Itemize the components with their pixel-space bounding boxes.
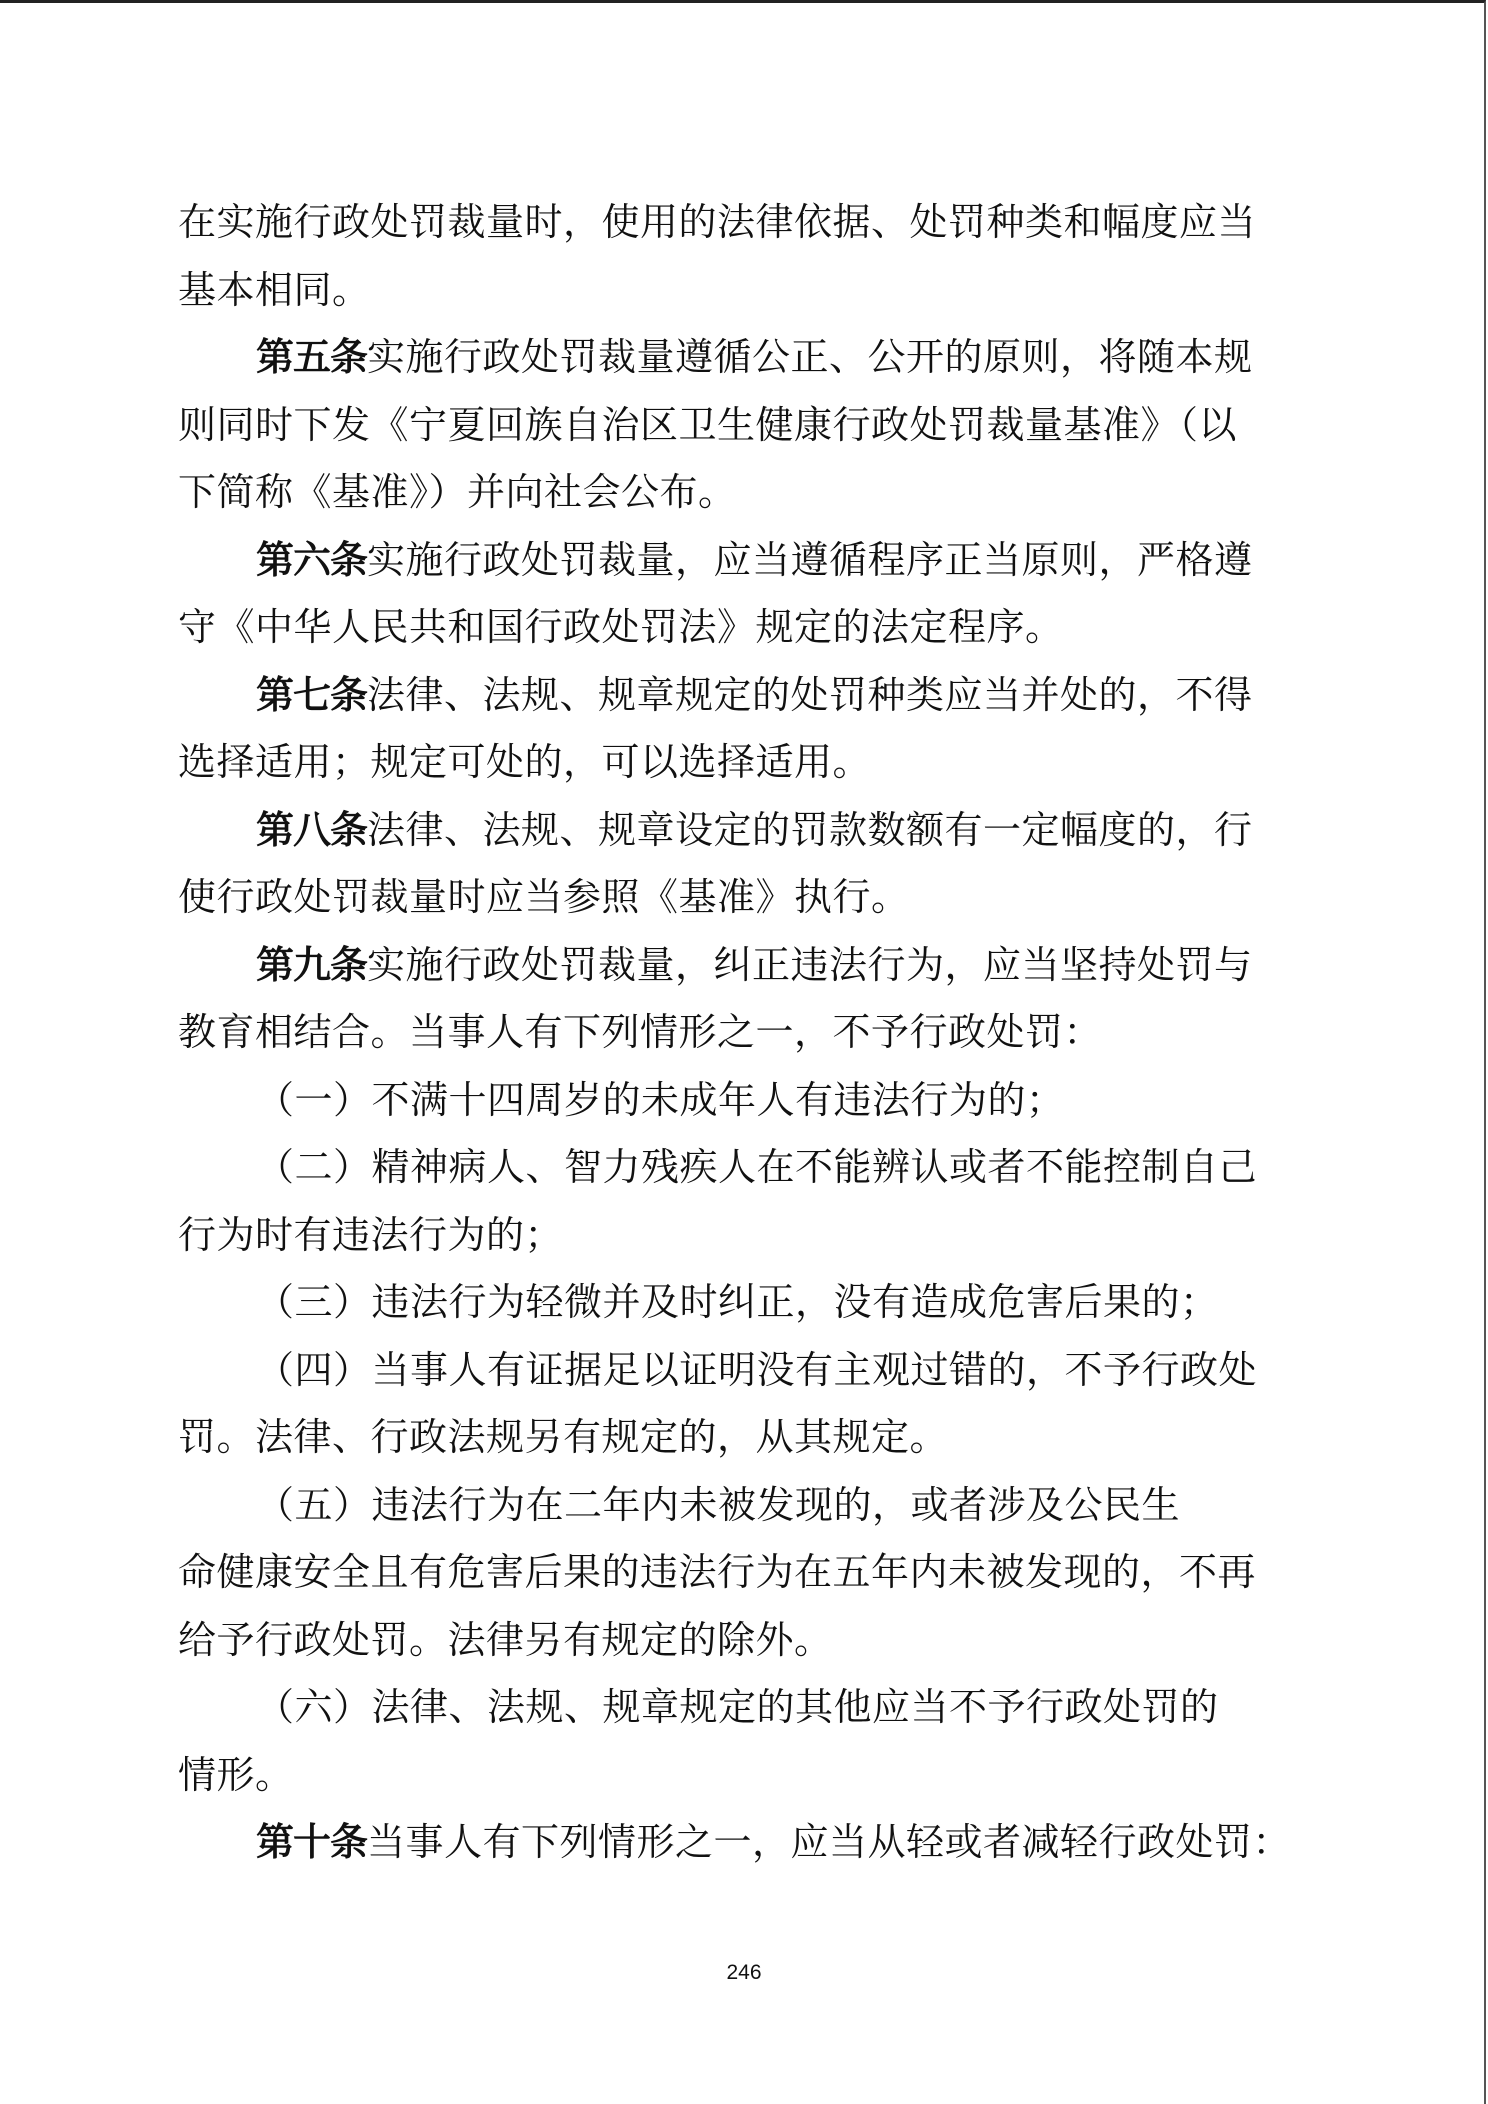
article-number: 第八条 xyxy=(256,808,367,852)
list-item-2: （二）精神病人、智力残疾人在不能辨认或者不能控制自己 xyxy=(178,1134,1298,1202)
text-line: 基本相同。 xyxy=(178,257,1298,325)
article-number: 第七条 xyxy=(256,673,367,717)
list-item-1: （一）不满十四周岁的未成年人有违法行为的； xyxy=(178,1067,1298,1135)
article-7-heading-line: 第七条法律、法规、规章规定的处罚种类应当并处的，不得 xyxy=(178,662,1298,730)
list-item-3: （三）违法行为轻微并及时纠正，没有造成危害后果的； xyxy=(178,1269,1298,1337)
text-line: 命健康安全且有危害后果的违法行为在五年内未被发现的，不再 xyxy=(178,1539,1298,1607)
text-line: 守《中华人民共和国行政处罚法》规定的法定程序。 xyxy=(178,594,1298,662)
article-number: 第五条 xyxy=(256,335,367,379)
article-number: 第六条 xyxy=(256,538,367,582)
text-line: 情形。 xyxy=(178,1742,1298,1810)
article-number: 第十条 xyxy=(256,1820,367,1864)
text-line: 罚。法律、行政法规另有规定的，从其规定。 xyxy=(178,1404,1298,1472)
text-line: 教育相结合。当事人有下列情形之一，不予行政处罚： xyxy=(178,999,1298,1067)
page-number: 246 xyxy=(0,1961,1488,1985)
article-5-heading-line: 第五条实施行政处罚裁量遵循公正、公开的原则，将随本规 xyxy=(178,324,1298,392)
document-page: 在实施行政处罚裁量时，使用的法律依据、处罚种类和幅度应当 基本相同。 第五条实施… xyxy=(0,0,1486,2104)
article-number: 第九条 xyxy=(256,943,367,987)
list-item-5: （五）违法行为在二年内未被发现的，或者涉及公民生 xyxy=(178,1472,1298,1540)
document-body: 在实施行政处罚裁量时，使用的法律依据、处罚种类和幅度应当 基本相同。 第五条实施… xyxy=(178,189,1298,1877)
text-line: 给予行政处罚。法律另有规定的除外。 xyxy=(178,1607,1298,1675)
article-8-heading-line: 第八条法律、法规、规章设定的罚款数额有一定幅度的，行 xyxy=(178,797,1298,865)
article-6-heading-line: 第六条实施行政处罚裁量，应当遵循程序正当原则，严格遵 xyxy=(178,527,1298,595)
text-line: 则同时下发《宁夏回族自治区卫生健康行政处罚裁量基准》（以 xyxy=(178,392,1298,460)
text-line: 选择适用；规定可处的，可以选择适用。 xyxy=(178,729,1298,797)
article-10-heading-line: 第十条当事人有下列情形之一，应当从轻或者减轻行政处罚： xyxy=(178,1809,1298,1877)
text-line: 下简称《基准》）并向社会公布。 xyxy=(178,459,1298,527)
text-line: 行为时有违法行为的； xyxy=(178,1202,1298,1270)
text-line: 在实施行政处罚裁量时，使用的法律依据、处罚种类和幅度应当 xyxy=(178,189,1298,257)
list-item-4: （四）当事人有证据足以证明没有主观过错的，不予行政处 xyxy=(178,1337,1298,1405)
list-item-6: （六）法律、法规、规章规定的其他应当不予行政处罚的 xyxy=(178,1674,1298,1742)
text-line: 使行政处罚裁量时应当参照《基准》执行。 xyxy=(178,864,1298,932)
article-9-heading-line: 第九条实施行政处罚裁量，纠正违法行为，应当坚持处罚与 xyxy=(178,932,1298,1000)
